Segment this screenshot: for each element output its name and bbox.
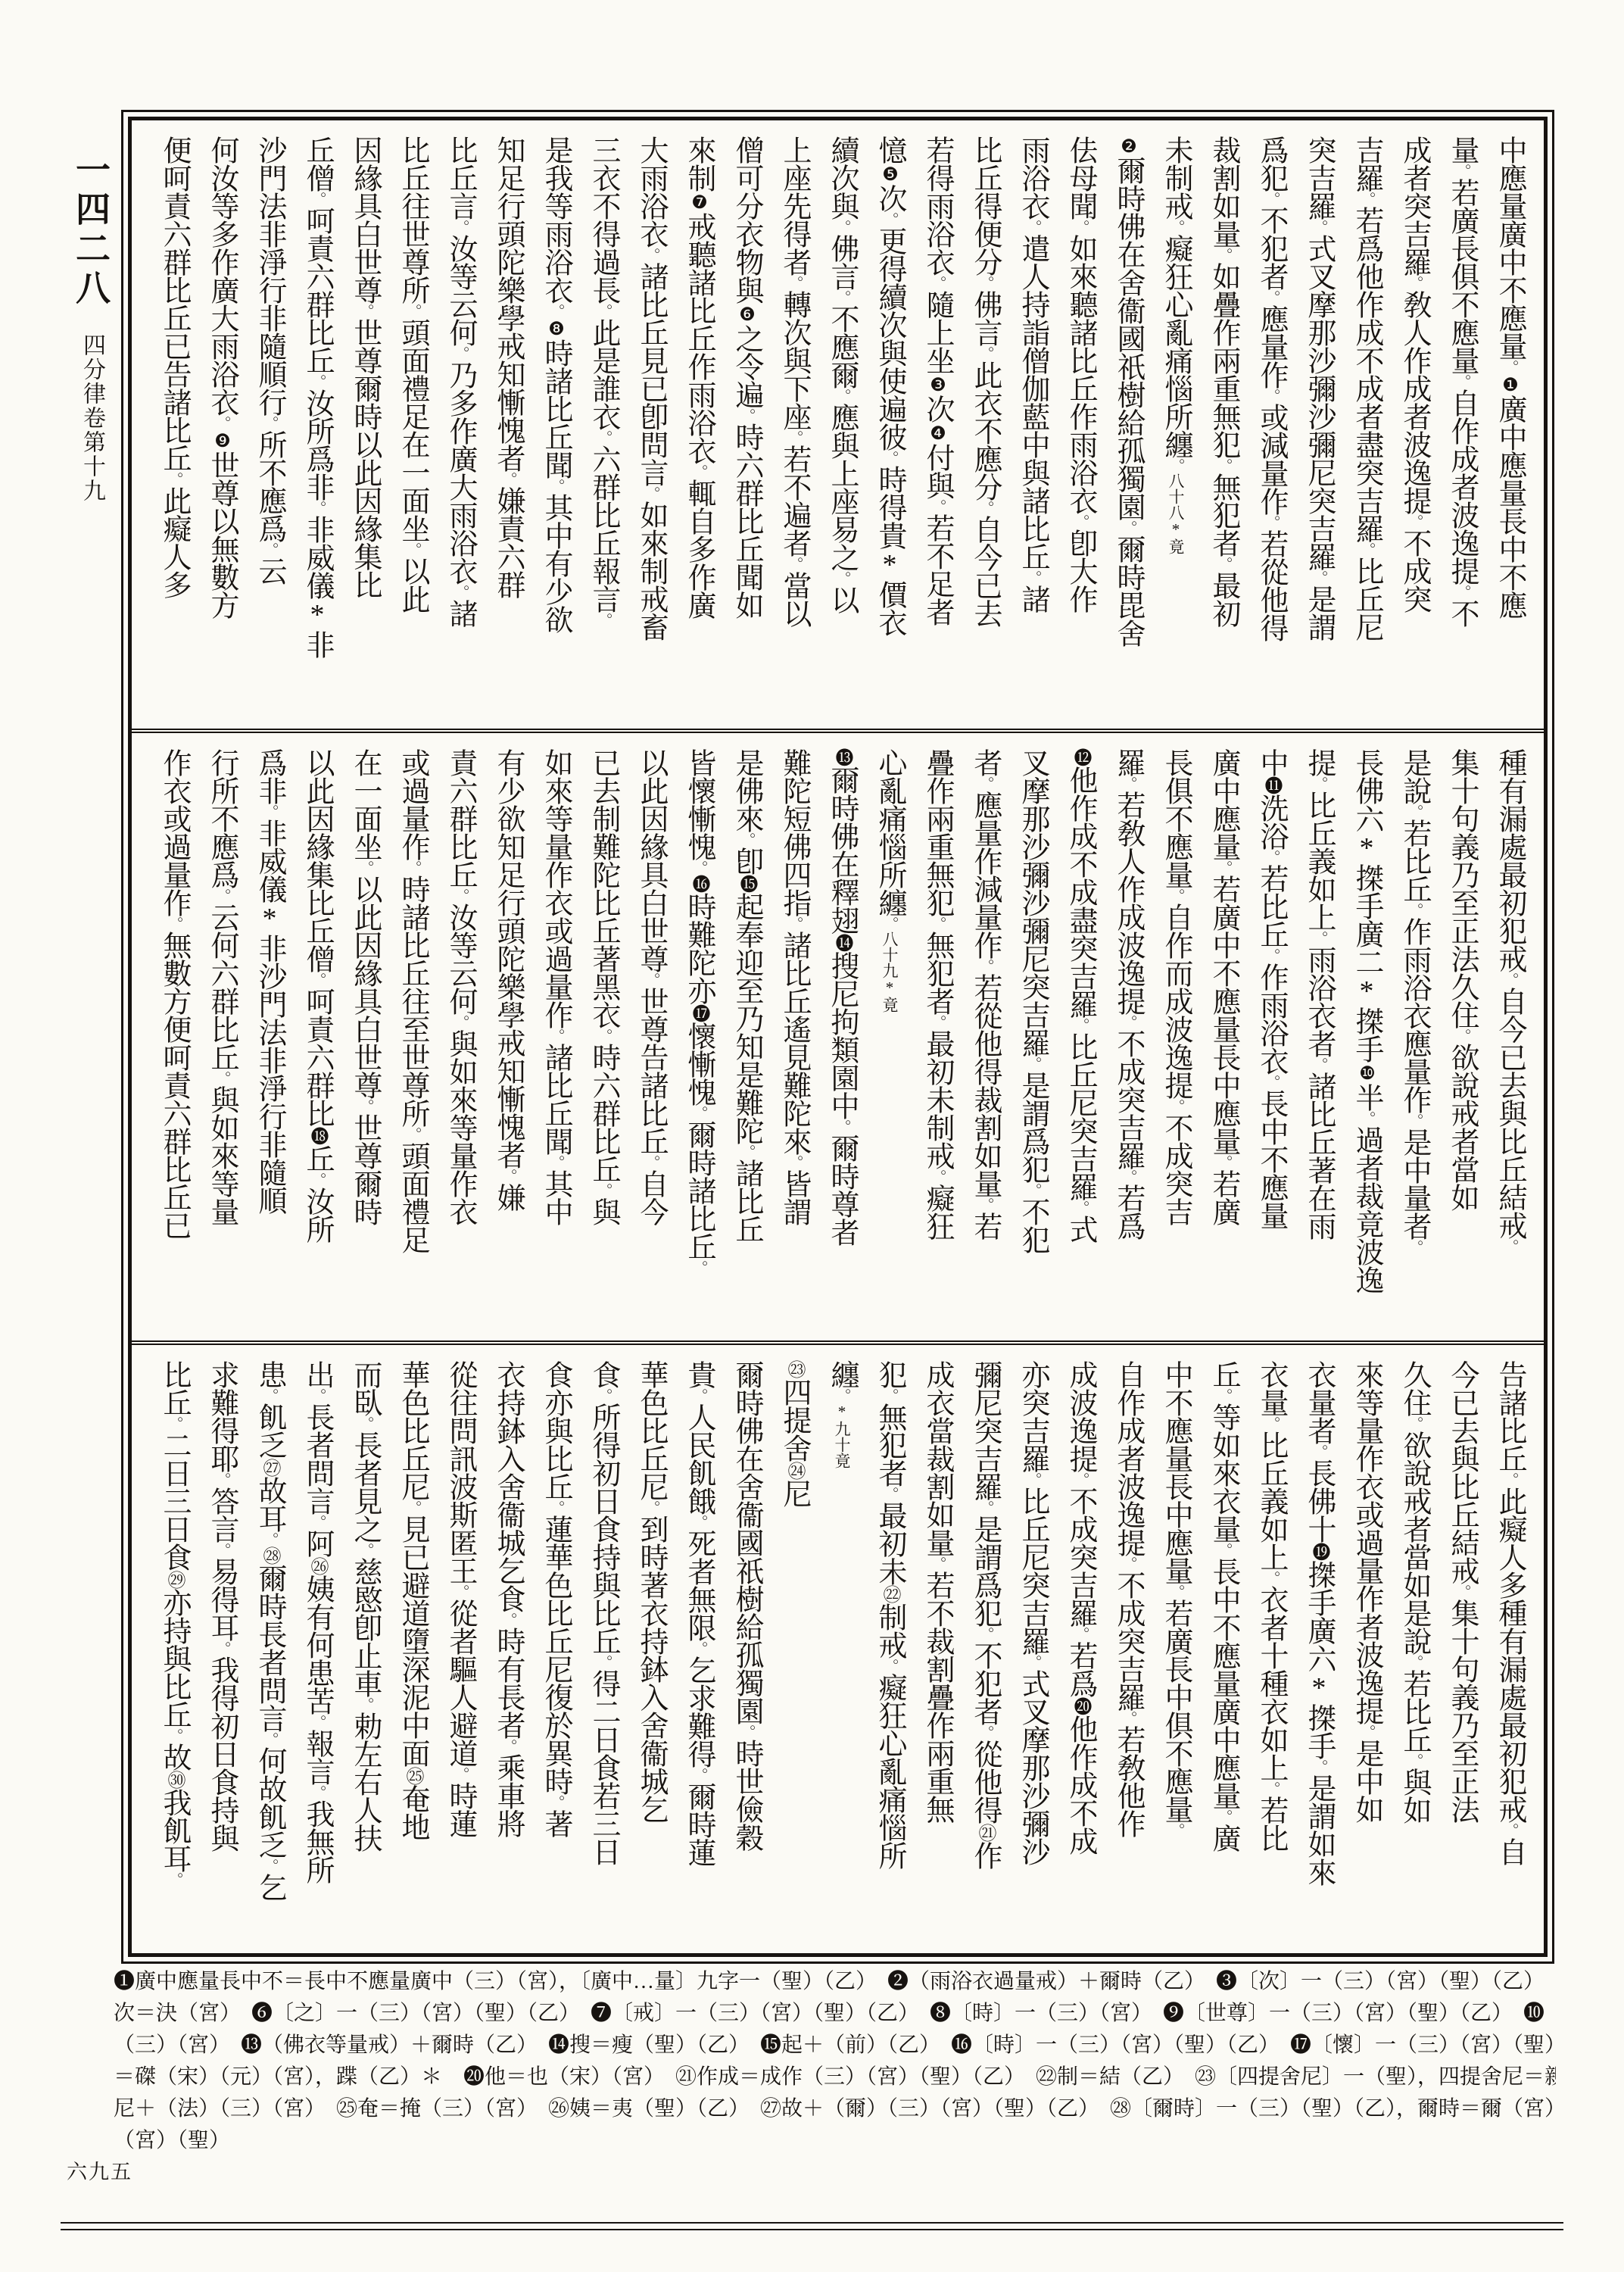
column-text: 行所不應爲。云何六群比丘。與如來等量 [206, 748, 238, 1225]
text-column: 佉母聞。如來聽諸比丘作雨浴衣。卽大作 [1056, 136, 1104, 724]
text-column: 在一面坐。以此因緣具白世尊。世尊爾時 [341, 748, 388, 1337]
fascicle-title: 四分律卷第十九 [75, 333, 108, 503]
text-column: 來制❼戒聽諸比丘作雨浴衣。輒自多作廣 [675, 136, 722, 724]
column-text: 而臥。長者見之。慈愍卽止車。勅左右人扶 [349, 1360, 381, 1852]
column-text: 比丘。二日三日食㉙亦持與比丘。故㉚我飢耳。 [158, 1360, 190, 1887]
text-column: 集十句義乃至正法久住。欲說戒者當如 [1438, 748, 1485, 1337]
column-text: 比丘言。汝等云何。乃多作廣大雨浴衣。諸 [444, 136, 476, 627]
column-text: 華色比丘尼。到時著衣持鉢入舍衞城乞 [635, 1360, 667, 1823]
column-text: 因緣具白世尊。世尊爾時以此因緣集比 [349, 136, 381, 598]
apparatus-line: 尼＋（法）（三）（宮） ㉕奄＝掩（三）（宮） ㉖姨＝夷（聖）（乙） ㉗故＋（爾）… [114, 2093, 1556, 2125]
text-column: 衣持鉢入舍衞城乞食。時有長者。乘車將 [484, 1360, 531, 1949]
column-text: 如來等量作衣或過量作。諸比丘聞。其中 [540, 748, 572, 1225]
text-column: 作衣或過量作。無數方便呵責六群比丘已 [150, 748, 198, 1337]
rule-end-note: 八十八*竟 [1167, 473, 1185, 554]
column-text: ❷爾時佛在舍衞國祇樹給孤獨園。爾時毘舍 [1112, 136, 1144, 647]
column-text: 難陀短佛四指。諸比丘遙見難陀來。皆謂 [778, 748, 810, 1225]
text-column: 華色比丘尼。見已避道墮深泥中面㉕奄地 [388, 1360, 436, 1949]
text-column: 雨浴衣。遣人持詣僧伽藍中與諸比丘。諸 [1008, 136, 1056, 724]
text-column: 貴。人民飢餓。死者無限。乞求難得。爾時蓮 [675, 1360, 722, 1949]
column-text: 或過量作。時諸比丘往至世尊所。頭面禮足 [397, 748, 429, 1253]
text-column: 成者突吉羅。敎人作成者波逸提。不成突 [1390, 136, 1438, 724]
column-text: ⓬他作成不成盡突吉羅。比丘尼突吉羅。式 [1064, 748, 1096, 1243]
text-column: 沙門法非淨行非隨順行。所不應爲。云 [245, 136, 293, 724]
text-column: 已去制難陀比丘著黑衣。時六群比丘。與 [579, 748, 627, 1337]
text-column: 比丘。二日三日食㉙亦持與比丘。故㉚我飢耳。 [150, 1360, 198, 1949]
text-column: 比丘得便分。佛言。此衣不應分。自今已去 [961, 136, 1008, 724]
text-column: 爲犯。不犯者。應量作。或減量作。若從他得 [1247, 136, 1295, 724]
apparatus-line: （宮）（聖） [114, 2125, 1556, 2157]
text-column: 皆懷慚愧。⓰時難陀亦⓱懷慚愧。爾時諸比丘。 [675, 748, 722, 1337]
text-column: 裁割如量。如疊作兩重無犯。無犯者。最初 [1199, 136, 1247, 724]
page-number: 六九五 [67, 2155, 132, 2185]
text-column: 疊作兩重無犯。無犯者。最初未制戒。癡狂 [913, 748, 961, 1337]
text-column: 來等量作衣或過量作者波逸提。是中如 [1342, 1360, 1390, 1949]
text-column: 中不應量長中應量。若廣長中俱不應量。 [1152, 1360, 1199, 1949]
column-text: 衣持鉢入舍衞城乞食。時有長者。乘車將 [492, 1360, 524, 1837]
text-column: 三衣不得過長。此是誰衣。六群比丘報言。 [579, 136, 627, 724]
column-text: 丘。等如來衣量。長中不應量廣中應量。廣 [1208, 1360, 1239, 1852]
text-column: 種有漏處最初犯戒。自今已去與比丘結戒。 [1485, 748, 1533, 1337]
column-text: 貴。人民飢餓。死者無限。乞求難得。爾時蓮 [683, 1360, 715, 1866]
text-column: 憶❺次。更得續次與使遍彼。時得貴*價衣 [865, 136, 913, 724]
text-column: 以此因緣具白世尊。世尊告諸比丘。自今 [627, 748, 675, 1337]
text-column: 因緣具白世尊。世尊爾時以此因緣集比 [341, 136, 388, 724]
column-text: 便呵責六群比丘已告諸比丘。此癡人多 [158, 136, 190, 598]
column-text: 佉母聞。如來聽諸比丘作雨浴衣。卽大作 [1064, 136, 1096, 613]
column-text: 突吉羅。式叉摩那沙彌沙彌尼突吉羅。是謂 [1303, 136, 1335, 641]
text-column: 成波逸提。不成突吉羅。若爲⓴他作成不成 [1056, 1360, 1104, 1949]
column-text: 量。若廣長俱不應量。自作成者波逸提。不 [1446, 136, 1478, 627]
text-column: 僧可分衣物與❻之令遍。時六群比丘聞如 [722, 136, 770, 724]
text-column: 比丘往世尊所。頭面禮足在一面坐。以此 [388, 136, 436, 724]
column-text: 作衣或過量作。無數方便呵責六群比丘已 [158, 748, 190, 1239]
column-text: 衣量。比丘義如上。衣者十種衣如上。若比 [1255, 1360, 1287, 1852]
column-text: 患。飢乏㉗故耳。㉘爾時長者問言。何故飢乏。乞 [254, 1360, 285, 1901]
text-column: 中⓫洗浴。若比丘。作雨浴衣。長中不應量 [1247, 748, 1295, 1337]
column-text: 種有漏處最初犯戒。自今已去與比丘結戒。 [1494, 748, 1526, 1253]
text-column: 患。飢乏㉗故耳。㉘爾時長者問言。何故飢乏。乞 [245, 1360, 293, 1949]
column-text: ㉓四提舍㉔尼 [778, 1360, 810, 1507]
column-text: 未制戒。癡狂心亂痛惱所纏。 [1160, 136, 1192, 473]
column-text: 食。所得初日食持與比丘。得二日食若三日 [588, 1360, 619, 1865]
column-text: 者。應量作減量作。若從他得裁割如量。若 [969, 748, 1001, 1240]
column-text: 中不應量長中應量。若廣長中俱不應量。 [1160, 1360, 1192, 1837]
text-column: ❷爾時佛在舍衞國祇樹給孤獨園。爾時毘舍 [1104, 136, 1152, 724]
column-text: ⓭爾時佛在釋翅⓮搜尼拘類園中。爾時尊者 [826, 748, 858, 1246]
column-text: 三衣不得過長。此是誰衣。六群比丘報言。 [588, 136, 619, 627]
column-text: 集十句義乃至正法久住。欲說戒者當如 [1446, 748, 1478, 1211]
rule-end-note: 八十九*竟 [881, 931, 899, 1013]
column-text: 知足行頭陀樂學戒知慚愧者。嫌責六群 [492, 136, 524, 598]
text-column: 久住。欲說戒者當如是說。若比丘。與如 [1390, 1360, 1438, 1949]
apparatus-line: 次＝決（宮） ❻〔之〕一（三）（宮）（聖）（乙） ❼〔戒〕一（三）（宮）（聖）（… [114, 1998, 1556, 2030]
column-text: 何汝等多作廣大雨浴衣。❾世尊以無數方 [206, 136, 238, 619]
column-text: 叉摩那沙彌沙彌尼突吉羅。是謂爲犯。不犯 [1017, 748, 1049, 1253]
text-column: 上座先得者。轉次與下座。若不遍者。當以 [770, 136, 818, 724]
column-text: 纏。 [826, 1360, 858, 1403]
apparatus-line: ＝磔（宋）（元）（宮），蹀（乙）＊ ⓴他＝也（宋）（宮） ㉑作成＝成作（三）（宮… [114, 2061, 1556, 2093]
column-text: 久住。欲說戒者當如是說。若比丘。與如 [1398, 1360, 1430, 1824]
column-text: 亦突吉羅。比丘尼突吉羅。式叉摩那沙彌沙 [1017, 1360, 1049, 1865]
column-text: 雨浴衣。遣人持詣僧伽藍中與諸比丘。諸 [1017, 136, 1049, 613]
text-column: 未制戒。癡狂心亂痛惱所纏。八十八*竟 [1152, 136, 1199, 724]
column-text: 爲非。非威儀*非沙門法非淨行非隨順 [254, 748, 285, 1214]
column-text: 成波逸提。不成突吉羅。若爲⓴他作成不成 [1064, 1360, 1096, 1855]
text-column: 何汝等多作廣大雨浴衣。❾世尊以無數方 [198, 136, 245, 724]
column-text: 中⓫洗浴。若比丘。作雨浴衣。長中不應量 [1255, 748, 1287, 1229]
text-column: ㉓四提舍㉔尼 [770, 1360, 818, 1949]
text-column: 如來等量作衣或過量作。諸比丘聞。其中 [531, 748, 579, 1337]
text-column: 便呵責六群比丘已告諸比丘。此癡人多 [150, 136, 198, 724]
text-column: 量。若廣長俱不應量。自作成者波逸提。不 [1438, 136, 1485, 724]
column-text: 比丘得便分。佛言。此衣不應分。自今已去 [969, 136, 1001, 627]
bottom-rule [61, 2222, 1563, 2230]
text-column: 若得雨浴衣。隨上坐❸次❹付與。若不足者 [913, 136, 961, 724]
column-text: 丘僧。呵責六群比丘。汝所爲非。非威儀*非 [301, 136, 333, 658]
column-text: 成者突吉羅。敎人作成者波逸提。不成突 [1398, 136, 1430, 613]
column-text: 犯。無犯者。最初未㉒制戒。癡狂心亂痛惱所 [874, 1360, 906, 1869]
text-column: 提。比丘義如上。雨浴衣者。諸比丘著在雨 [1295, 748, 1342, 1337]
column-text: 長俱不應量。自作而成波逸提。不成突吉 [1160, 748, 1192, 1225]
column-text: 裁割如量。如疊作兩重無犯。無犯者。最初 [1208, 136, 1239, 627]
text-column: 突吉羅。式叉摩那沙彌沙彌尼突吉羅。是謂 [1295, 136, 1342, 724]
column-text: 彌尼突吉羅。是謂爲犯。不犯者。從他得㉑作 [969, 1360, 1001, 1869]
column-text: 疊作兩重無犯。無犯者。最初未制戒。癡狂 [921, 748, 953, 1240]
column-text: 華色比丘尼。見已避道墮深泥中面㉕奄地 [397, 1360, 429, 1840]
text-column: 羅。若敎人作成波逸提。不成突吉羅。若爲 [1104, 748, 1152, 1337]
column-text: 責六群比丘。汝等云何。與如來等量作衣 [444, 748, 476, 1225]
apparatus-line: （三）（宮） ⓭（佛衣等量戒）＋爾時（乙） ⓮搜＝瘦（聖）（乙） ⓯起＋（前）（… [114, 2030, 1556, 2061]
text-column: 纏。*九十竟 [818, 1360, 865, 1949]
rule-end-note: *九十竟 [833, 1403, 851, 1468]
text-column: 求難得耶。答言。易得耳。我得初日食持與 [198, 1360, 245, 1949]
text-column: ⓬他作成不成盡突吉羅。比丘尼突吉羅。式 [1056, 748, 1104, 1337]
column-text: 是佛來。卽⓯起奉迎至乃知是難陀。諸比丘 [731, 748, 762, 1243]
text-frame: 中應量廣中不應量。❶廣中應量長中不應 量。若廣長俱不應量。自作成者波逸提。不 成… [121, 110, 1554, 1964]
column-text: 皆懷慚愧。⓰時難陀亦⓱懷慚愧。爾時諸比丘。 [683, 748, 715, 1275]
column-text: 提。比丘義如上。雨浴衣者。諸比丘著在雨 [1303, 748, 1335, 1240]
text-column: 叉摩那沙彌沙彌尼突吉羅。是謂爲犯。不犯 [1008, 748, 1056, 1337]
register-top: 中應量廣中不應量。❶廣中應量長中不應 量。若廣長俱不應量。自作成者波逸提。不 成… [132, 120, 1544, 729]
text-column: 爲非。非威儀*非沙門法非淨行非隨順 [245, 748, 293, 1337]
text-column: 者。應量作減量作。若從他得裁割如量。若 [961, 748, 1008, 1337]
text-column: 犯。無犯者。最初未㉒制戒。癡狂心亂痛惱所 [865, 1360, 913, 1949]
text-column: 續次與。佛言。不應爾。應與上座易之。以 [818, 136, 865, 724]
text-column: 或過量作。時諸比丘往至世尊所。頭面禮足 [388, 748, 436, 1337]
text-column: 是我等雨浴衣。❽時諸比丘聞。其中有少欲 [531, 136, 579, 724]
text-column: 丘僧。呵責六群比丘。汝所爲非。非威儀*非 [293, 136, 341, 724]
text-column: 從往問訊波斯匿王。從者驅人避道。時蓮 [436, 1360, 484, 1949]
text-column: 心亂痛惱所纏。八十九*竟 [865, 748, 913, 1337]
text-column: 出。長者問言。阿㉖姨有何患苦。報言。我無所 [293, 1360, 341, 1949]
register-middle: 種有漏處最初犯戒。自今已去與比丘結戒。 集十句義乃至正法久住。欲說戒者當如 是說… [132, 729, 1544, 1341]
text-frame-inner: 中應量廣中不應量。❶廣中應量長中不應 量。若廣長俱不應量。自作成者波逸提。不 成… [128, 117, 1548, 1957]
text-column: 難陀短佛四指。諸比丘遙見難陀來。皆謂 [770, 748, 818, 1337]
text-column: 長俱不應量。自作而成波逸提。不成突吉 [1152, 748, 1199, 1337]
column-text: 上座先得者。轉次與下座。若不遍者。當以 [778, 136, 810, 627]
column-text: 比丘往世尊所。頭面禮足在一面坐。以此 [397, 136, 429, 613]
column-text: 已去制難陀比丘著黑衣。時六群比丘。與 [588, 748, 619, 1225]
column-text: 以此因緣集比丘僧。呵責六群比⓲丘。汝所 [301, 748, 333, 1243]
text-column: 食亦與比丘。蓮華色比丘尼復於異時。著 [531, 1360, 579, 1949]
column-text: 吉羅。若爲他作成不成者盡突吉羅。比丘尼 [1351, 136, 1382, 641]
column-text: 來等量作衣或過量作者波逸提。是中如 [1351, 1360, 1382, 1823]
text-column: 今已去與比丘結戒。集十句義乃至正法 [1438, 1360, 1485, 1949]
text-column: 責六群比丘。汝等云何。與如來等量作衣 [436, 748, 484, 1337]
column-text: 是說。若比丘。作雨浴衣應量作。是中量者。 [1398, 748, 1430, 1254]
text-column: 有少欲知足行頭陀樂學戒知慚愧者。嫌 [484, 748, 531, 1337]
text-column: 中應量廣中不應量。❶廣中應量長中不應 [1485, 136, 1533, 724]
text-column: 以此因緣集比丘僧。呵責六群比⓲丘。汝所 [293, 748, 341, 1337]
column-text: 僧可分衣物與❻之令遍。時六群比丘聞如 [731, 136, 762, 619]
critical-apparatus: ❶廣中應量長中不＝長中不應量廣中（三）（宮），〔廣中…量〕九字一（聖）（乙） ❷… [114, 1966, 1556, 2157]
text-column: 華色比丘尼。到時著衣持鉢入舍衞城乞 [627, 1360, 675, 1949]
register-bottom: 告諸比丘。此癡人多種有漏處最初犯戒。自 今已去與比丘結戒。集十句義乃至正法 久住… [132, 1340, 1544, 1953]
column-text: 衣量者。長佛十⓳搩手廣六*搩手。是謂如來 [1303, 1360, 1335, 1886]
column-text: 從往問訊波斯匿王。從者驅人避道。時蓮 [444, 1360, 476, 1837]
taisho-text-number: 一四二八 [65, 151, 115, 309]
column-text: 續次與。佛言。不應爾。應與上座易之。以 [826, 136, 858, 613]
text-column: ⓭爾時佛在釋翅⓮搜尼拘類園中。爾時尊者 [818, 748, 865, 1337]
column-text: 大雨浴衣。諸比丘見已卽問言。如來制戒畜 [635, 136, 667, 641]
text-column: 長佛六*搩手廣二*搩手❿半。過者裁竟波逸 [1342, 748, 1390, 1337]
column-text: 羅。若敎人作成波逸提。不成突吉羅。若爲 [1112, 748, 1144, 1240]
column-text: 成衣當裁割如量。若不裁割疊作兩重無 [921, 1360, 953, 1823]
text-column: 成衣當裁割如量。若不裁割疊作兩重無 [913, 1360, 961, 1949]
column-text: 廣中應量。若廣中不應量長中應量。若廣 [1208, 748, 1239, 1225]
column-text: 求難得耶。答言。易得耳。我得初日食持與 [206, 1360, 238, 1852]
column-text: 今已去與比丘結戒。集十句義乃至正法 [1446, 1360, 1478, 1823]
column-text: 以此因緣具白世尊。世尊告諸比丘。自今 [635, 748, 667, 1225]
column-text: 告諸比丘。此癡人多種有漏處最初犯戒。自 [1494, 1360, 1526, 1865]
column-text: 食亦與比丘。蓮華色比丘尼復於異時。著 [540, 1360, 572, 1837]
text-column: 自作成者波逸提。不成突吉羅。若敎他作 [1104, 1360, 1152, 1949]
column-text: 沙門法非淨行非隨順行。所不應爲。云 [254, 136, 285, 585]
column-text: 長佛六*搩手廣二*搩手❿半。過者裁竟波逸 [1351, 748, 1382, 1294]
column-text: 心亂痛惱所纏。 [874, 748, 906, 931]
text-column: 是說。若比丘。作雨浴衣應量作。是中量者。 [1390, 748, 1438, 1337]
column-text: 是我等雨浴衣。❽時諸比丘聞。其中有少欲 [540, 136, 572, 633]
column-text: 憶❺次。更得續次與使遍彼。時得貴*價衣 [874, 136, 906, 636]
column-text: 來制❼戒聽諸比丘作雨浴衣。輒自多作廣 [683, 136, 715, 619]
text-column: 爾時佛在舍衞國祇樹給孤獨園。時世儉穀 [722, 1360, 770, 1949]
column-text: 若得雨浴衣。隨上坐❸次❹付與。若不足者 [921, 136, 953, 626]
text-column: 廣中應量。若廣中不應量長中應量。若廣 [1199, 748, 1247, 1337]
text-column: 大雨浴衣。諸比丘見已卽問言。如來制戒畜 [627, 136, 675, 724]
text-column: 而臥。長者見之。慈愍卽止車。勅左右人扶 [341, 1360, 388, 1949]
text-column: 比丘言。汝等云何。乃多作廣大雨浴衣。諸 [436, 136, 484, 724]
text-column: 吉羅。若爲他作成不成者盡突吉羅。比丘尼 [1342, 136, 1390, 724]
column-text: 爾時佛在舍衞國祇樹給孤獨園。時世儉穀 [731, 1360, 762, 1851]
column-text: 出。長者問言。阿㉖姨有何患苦。報言。我無所 [301, 1360, 333, 1883]
text-column: 衣量。比丘義如上。衣者十種衣如上。若比 [1247, 1360, 1295, 1949]
column-text: 有少欲知足行頭陀樂學戒知慚愧者。嫌 [492, 748, 524, 1211]
column-text: 中應量廣中不應量。❶廣中應量長中不應 [1494, 136, 1526, 619]
text-column: 丘。等如來衣量。長中不應量廣中應量。廣 [1199, 1360, 1247, 1949]
text-column: 知足行頭陀樂學戒知慚愧者。嫌責六群 [484, 136, 531, 724]
text-column: 衣量者。長佛十⓳搩手廣六*搩手。是謂如來 [1295, 1360, 1342, 1949]
column-text: 在一面坐。以此因緣具白世尊。世尊爾時 [349, 748, 381, 1225]
text-column: 亦突吉羅。比丘尼突吉羅。式叉摩那沙彌沙 [1008, 1360, 1056, 1949]
text-column: 彌尼突吉羅。是謂爲犯。不犯者。從他得㉑作 [961, 1360, 1008, 1949]
text-column: 行所不應爲。云何六群比丘。與如來等量 [198, 748, 245, 1337]
column-text: 自作成者波逸提。不成突吉羅。若敎他作 [1112, 1360, 1144, 1837]
text-column: 是佛來。卽⓯起奉迎至乃知是難陀。諸比丘 [722, 748, 770, 1337]
column-text: 爲犯。不犯者。應量作。或減量作。若從他得 [1255, 136, 1287, 641]
apparatus-line: ❶廣中應量長中不＝長中不應量廣中（三）（宮），〔廣中…量〕九字一（聖）（乙） ❷… [114, 1966, 1556, 1998]
text-column: 食。所得初日食持與比丘。得二日食若三日 [579, 1360, 627, 1949]
text-column: 告諸比丘。此癡人多種有漏處最初犯戒。自 [1485, 1360, 1533, 1949]
